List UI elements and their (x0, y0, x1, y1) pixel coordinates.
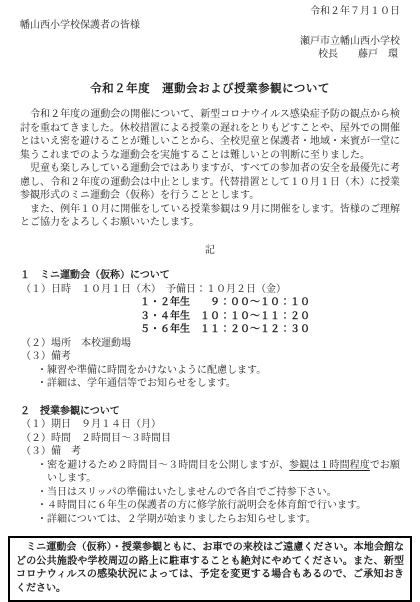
document-title: 令和２年度 運動会および授業参観について (20, 83, 400, 97)
note-text-underlined: 参観は１時間程度 (289, 460, 370, 471)
section2-item-date: （１）期日 ９月１４日（月） (21, 418, 400, 432)
section1-item-datetime: （１）日時 １０月１日（木） 予備日：１０月２日（金） (21, 283, 400, 297)
section1-heading: １ ミニ運動会（仮称）について (20, 269, 400, 283)
note-item-with-underline: ・密を避けるため２時間目～３時間目を公開しますが、参観は１時間程度でお願いします… (37, 459, 400, 486)
section1-notes: ・練習や準備に時間をかけないように配慮します。 ・詳細は、学年通信等でお知らせを… (37, 364, 400, 391)
schedule-row: ５・６年生 １１：２０～１２：３０ (140, 323, 400, 337)
paragraph-2: 児童も楽しみしている運動会ではありますが、すべての参加者の安全を最優先に考慮し、… (20, 162, 400, 203)
section2-notes: ・密を避けるため２時間目～３時間目を公開しますが、参観は１時間程度でお願いします… (37, 459, 400, 527)
note-item: ・詳細については、２学期が始まりましたらお知らせします。 (37, 513, 400, 527)
section1-item-place: （２）場所 本校運動場 (21, 337, 400, 351)
document-date: 令和２年７月１０日 (20, 5, 400, 19)
section-jugyou-sankan: ２ 授業参観について （１）期日 ９月１４日（月） （２）時間 ２時間目～３時間… (20, 405, 400, 527)
sender-principal: 校長 藤戸 環 (20, 48, 400, 62)
schedule-row: ３・４年生 １０：１０～１１：２０ (140, 310, 400, 324)
schedule-row: １・２年生 ９：００～１０：１０ (140, 296, 400, 310)
paragraph-1: 令和２年度の運動会の開催について、新型コロナウイルス感染症予防の観点から検討を重… (20, 108, 400, 162)
schedule-list: １・２年生 ９：００～１０：１０ ３・４年生 １０：１０～１１：２０ ５・６年生… (140, 296, 400, 337)
note-text-pre: ・密を避けるため２時間目～３時間目を公開しますが、 (37, 460, 289, 471)
paragraph-3: また、例年１０月に開催をしている授業参観は９月に開催をします。皆様のご理解とご協… (20, 203, 400, 230)
section1-item-notes-label: （３）備考 (21, 350, 400, 364)
notice-box: ミニ運動会（仮称）・授業参観ともに、お車での来校はご遠慮ください。本地会館などの… (8, 536, 412, 602)
document-page: 令和２年７月１０日 幡山西小学校保護者の皆様 瀬戸市立幡山西小学校 校長 藤戸 … (0, 0, 420, 602)
note-item: ・練習や準備に時間をかけないように配慮します。 (37, 364, 400, 378)
section-mini-undokai: １ ミニ運動会（仮称）について （１）日時 １０月１日（木） 予備日：１０月２日… (20, 269, 400, 391)
sender-school: 瀬戸市立幡山西小学校 (20, 35, 400, 49)
note-item: ・当日はスリッパの準備はいたしませんので各自でご持参下さい。 (37, 486, 400, 500)
section2-item-notes-label: （３）備 考 (21, 445, 400, 459)
section2-heading: ２ 授業参観について (20, 405, 400, 419)
ki-marker: 記 (20, 244, 400, 258)
section2-item-time: （２）時間 ２時間目～３時間目 (21, 432, 400, 446)
note-item: ・詳細は、学年通信等でお知らせをします。 (37, 377, 400, 391)
recipient-line: 幡山西小学校保護者の皆様 (20, 19, 400, 33)
note-item: ・４時間目に６年生の保護者の方に修学旅行説明会を体育館で行います。 (37, 499, 400, 513)
